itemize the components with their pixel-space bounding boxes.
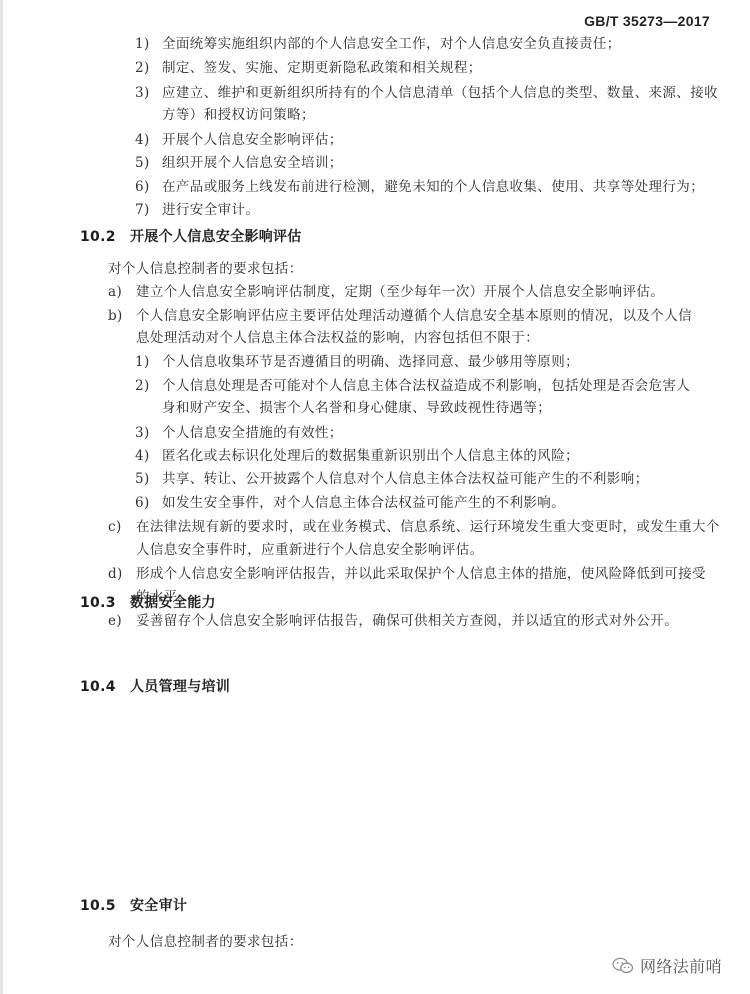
section-number: 10.4 <box>80 676 130 698</box>
list-num: 5) <box>135 153 150 173</box>
list-item: 在法律法规有新的要求时，或在业务模式、信息系统、运行环境发生重大变更时，或发生重… <box>136 517 720 537</box>
list-num: c) <box>108 517 122 537</box>
wechat-icon <box>612 957 634 975</box>
list-item: 在产品或服务上线发布前进行检测，避免未知的个人信息收集、使用、共享等处理行为； <box>162 177 704 197</box>
sublist-item: 个人信息收集环节是否遵循目的明确、选择同意、最少够用等原则； <box>162 352 579 372</box>
list-item: 建立个人信息安全影响评估制度，定期（至少每年一次）开展个人信息安全影响评估。 <box>136 282 664 302</box>
sublist-num: 3) <box>135 423 150 443</box>
section-number: 10.2 <box>80 226 130 248</box>
sublist-num: 5) <box>135 469 150 489</box>
sublist-item: 共享、转让、公开披露个人信息对个人信息主体合法权益可能产生的不利影响； <box>162 469 649 489</box>
section-heading: 10.5安全审计 <box>80 895 187 917</box>
list-item: 全面统筹实施组织内部的个人信息安全工作，对个人信息安全负直接责任； <box>162 34 621 54</box>
list-item: 进行安全审计。 <box>162 200 259 220</box>
sublist-num: 4) <box>135 446 150 466</box>
list-num: 6) <box>135 177 150 197</box>
sublist-num: 1) <box>135 352 150 372</box>
list-num: 3) <box>135 83 150 103</box>
list-item: 开展个人信息安全影响评估； <box>162 130 343 150</box>
section-title: 开展个人信息安全影响评估 <box>130 229 302 245</box>
list-num: e) <box>108 611 122 631</box>
section-intro: 对个人信息控制者的要求包括： <box>108 259 303 279</box>
list-item-cont: 人信息安全事件时，应重新进行个人信息安全影响评估。 <box>136 540 484 560</box>
sublist-item: 如发生安全事件，对个人信息主体合法权益可能产生的不利影响。 <box>162 493 565 513</box>
section-intro: 对个人信息控制者的要求包括： <box>108 932 303 952</box>
page-edge <box>0 0 3 994</box>
list-item: 制定、签发、实施、定期更新隐私政策和相关规程； <box>162 58 482 78</box>
watermark: 网络法前哨 <box>612 954 722 977</box>
list-item-cont: 息处理活动对个人信息主体合法权益的影响，内容包括但不限于： <box>136 328 539 348</box>
section-number: 10.5 <box>80 895 130 917</box>
list-item: 形成个人信息安全影响评估报告，并以此采取保护个人信息主体的措施，使风险降低到可接… <box>136 564 706 584</box>
sublist-item: 个人信息安全措施的有效性； <box>162 423 343 443</box>
list-num: 2) <box>135 58 150 78</box>
standard-code: GB/T 35273—2017 <box>584 13 710 29</box>
sublist-num: 6) <box>135 493 150 513</box>
list-num: 1) <box>135 34 150 54</box>
list-item: 组织开展个人信息安全培训； <box>162 153 343 173</box>
section-heading: 10.4人员管理与培训 <box>80 676 230 698</box>
section-title: 安全审计 <box>130 898 187 914</box>
section-heading: 10.3数据安全能力 <box>80 592 216 614</box>
section-number: 10.3 <box>80 592 130 614</box>
sublist-item-cont: 身和财产安全、损害个人名誉和身心健康、导致歧视性待遇等； <box>162 398 551 418</box>
list-item: 应建立、维护和更新组织所持有的个人信息清单（包括个人信息的类型、数量、来源、接收 <box>162 83 718 103</box>
list-num: 4) <box>135 130 150 150</box>
sublist-num: 2) <box>135 376 150 396</box>
list-num: d) <box>108 564 123 584</box>
list-num: 7) <box>135 200 150 220</box>
list-num: a) <box>108 282 122 302</box>
list-item: 妥善留存个人信息安全影响评估报告，确保可供相关方查阅，并以适宜的形式对外公开。 <box>136 611 678 631</box>
sublist-item: 匿名化或去标识化处理后的数据集重新识别出个人信息主体的风险； <box>162 446 579 466</box>
list-num: b) <box>108 306 123 326</box>
section-title: 人员管理与培训 <box>130 679 230 695</box>
sublist-item: 个人信息处理是否可能对个人信息主体合法权益造成不利影响，包括处理是否会危害人 <box>162 376 690 396</box>
section-title: 数据安全能力 <box>130 595 216 611</box>
watermark-text: 网络法前哨 <box>640 954 722 977</box>
list-item-cont: 方等）和授权访问策略； <box>162 105 315 125</box>
section-heading: 10.2开展个人信息安全影响评估 <box>80 226 302 248</box>
list-item: 个人信息安全影响评估应主要评估处理活动遵循个人信息安全基本原则的情况，以及个人信 <box>136 306 692 326</box>
